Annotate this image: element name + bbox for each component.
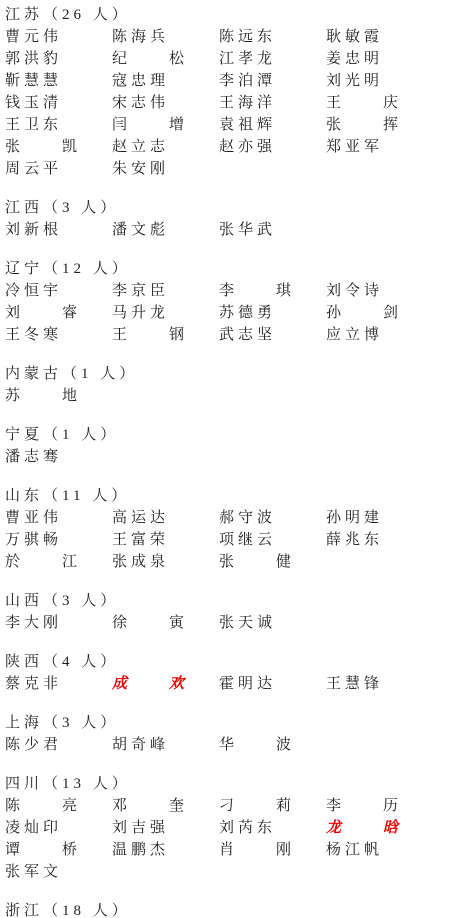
name-row: 靳慧慧寇忠理李泊潭刘光明 bbox=[5, 70, 460, 92]
person-name: 郭洪豹 bbox=[5, 48, 112, 70]
person-name: 郝守波 bbox=[219, 507, 326, 529]
province-section: 山东（11 人）曹亚伟高运达郝守波孙明建万骐畅王富荣项继云薛兆东於 江张成泉张 … bbox=[5, 485, 460, 573]
person-name: 孙明建 bbox=[326, 507, 433, 529]
person-name: 刘 睿 bbox=[5, 302, 112, 324]
name-row: 王冬寒王 钢武志坚应立博 bbox=[5, 324, 460, 346]
person-name: 潘志骞 bbox=[5, 446, 112, 468]
person-name: 张 凯 bbox=[5, 136, 112, 158]
person-name: 朱安刚 bbox=[112, 158, 219, 180]
person-name: 薛兆东 bbox=[326, 529, 433, 551]
person-name: 高运达 bbox=[112, 507, 219, 529]
person-name: 张 挥 bbox=[326, 114, 433, 136]
province-section: 浙江（18 人） bbox=[5, 900, 460, 918]
province-section: 江西（3 人）刘新根潘文彪张华武 bbox=[5, 197, 460, 241]
person-name: 刘光明 bbox=[326, 70, 433, 92]
province-header: 江苏（26 人） bbox=[5, 4, 460, 26]
person-name: 钱玉清 bbox=[5, 92, 112, 114]
person-name: 宋志伟 bbox=[112, 92, 219, 114]
person-name: 项继云 bbox=[219, 529, 326, 551]
person-name: 李京臣 bbox=[112, 280, 219, 302]
person-name: 於 江 bbox=[5, 551, 112, 573]
person-name: 江孝龙 bbox=[219, 48, 326, 70]
province-section: 陕西（4 人）蔡克非成 欢霍明达王慧锋 bbox=[5, 651, 460, 695]
person-name: 王冬寒 bbox=[5, 324, 112, 346]
person-name: 李 历 bbox=[326, 795, 433, 817]
person-name: 徐 寅 bbox=[112, 612, 219, 634]
province-section: 上海（3 人）陈少君胡奇峰华 波 bbox=[5, 712, 460, 756]
province-header: 山西（3 人） bbox=[5, 590, 460, 612]
person-name: 孙 剑 bbox=[326, 302, 433, 324]
province-section: 辽宁（12 人）冷恒宇李京臣李 琪刘令诗刘 睿马升龙苏德勇孙 剑王冬寒王 钢武志… bbox=[5, 258, 460, 346]
province-header: 江西（3 人） bbox=[5, 197, 460, 219]
person-name: 王卫东 bbox=[5, 114, 112, 136]
name-row: 李大刚徐 寅张天诚 bbox=[5, 612, 460, 634]
person-name: 应立博 bbox=[326, 324, 433, 346]
person-name: 刘吉强 bbox=[112, 817, 219, 839]
person-name: 陈海兵 bbox=[112, 26, 219, 48]
province-header: 山东（11 人） bbox=[5, 485, 460, 507]
province-header: 四川（13 人） bbox=[5, 773, 460, 795]
person-name: 闫 增 bbox=[112, 114, 219, 136]
province-section: 宁夏（1 人）潘志骞 bbox=[5, 424, 460, 468]
person-name: 王 庆 bbox=[326, 92, 433, 114]
person-name: 郑亚军 bbox=[326, 136, 433, 158]
name-row: 苏 地 bbox=[5, 385, 460, 407]
person-name: 杨江帆 bbox=[326, 839, 433, 861]
province-header: 陕西（4 人） bbox=[5, 651, 460, 673]
name-row: 王卫东闫 增袁祖辉张 挥 bbox=[5, 114, 460, 136]
name-row: 曹元伟陈海兵陈远东耿敏霞 bbox=[5, 26, 460, 48]
person-name: 冷恒宇 bbox=[5, 280, 112, 302]
person-name: 李大刚 bbox=[5, 612, 112, 634]
person-name: 霍明达 bbox=[219, 673, 326, 695]
name-row: 曹亚伟高运达郝守波孙明建 bbox=[5, 507, 460, 529]
province-header: 内蒙古（1 人） bbox=[5, 363, 460, 385]
person-name: 刘芮东 bbox=[219, 817, 326, 839]
name-row: 周云平朱安刚 bbox=[5, 158, 460, 180]
person-name: 成 欢 bbox=[112, 673, 219, 695]
person-name: 马升龙 bbox=[112, 302, 219, 324]
province-header: 辽宁（12 人） bbox=[5, 258, 460, 280]
person-name: 刘令诗 bbox=[326, 280, 433, 302]
person-name: 靳慧慧 bbox=[5, 70, 112, 92]
person-name: 凌灿印 bbox=[5, 817, 112, 839]
name-roster-document: 江苏（26 人）曹元伟陈海兵陈远东耿敏霞郭洪豹纪 松江孝龙姜忠明靳慧慧寇忠理李泊… bbox=[0, 0, 460, 918]
person-name: 肖 刚 bbox=[219, 839, 326, 861]
name-row: 蔡克非成 欢霍明达王慧锋 bbox=[5, 673, 460, 695]
province-header: 上海（3 人） bbox=[5, 712, 460, 734]
person-name: 潘文彪 bbox=[112, 219, 219, 241]
name-row: 凌灿印刘吉强刘芮东龙 晗 bbox=[5, 817, 460, 839]
person-name: 温鹏杰 bbox=[112, 839, 219, 861]
person-name: 苏德勇 bbox=[219, 302, 326, 324]
person-name: 张华武 bbox=[219, 219, 326, 241]
name-row: 钱玉清宋志伟王海洋王 庆 bbox=[5, 92, 460, 114]
person-name: 王富荣 bbox=[112, 529, 219, 551]
person-name: 张天诚 bbox=[219, 612, 326, 634]
person-name: 周云平 bbox=[5, 158, 112, 180]
name-row: 张军文 bbox=[5, 861, 460, 883]
name-row: 陈 亮邓 奎刁 莉李 历 bbox=[5, 795, 460, 817]
person-name: 寇忠理 bbox=[112, 70, 219, 92]
person-name: 刁 莉 bbox=[219, 795, 326, 817]
person-name: 陈远东 bbox=[219, 26, 326, 48]
person-name: 邓 奎 bbox=[112, 795, 219, 817]
province-header: 宁夏（1 人） bbox=[5, 424, 460, 446]
name-row: 郭洪豹纪 松江孝龙姜忠明 bbox=[5, 48, 460, 70]
person-name: 张成泉 bbox=[112, 551, 219, 573]
person-name: 王慧锋 bbox=[326, 673, 433, 695]
name-row: 万骐畅王富荣项继云薛兆东 bbox=[5, 529, 460, 551]
province-section: 内蒙古（1 人）苏 地 bbox=[5, 363, 460, 407]
person-name: 陈 亮 bbox=[5, 795, 112, 817]
name-row: 刘 睿马升龙苏德勇孙 剑 bbox=[5, 302, 460, 324]
person-name: 华 波 bbox=[219, 734, 326, 756]
person-name: 王海洋 bbox=[219, 92, 326, 114]
person-name: 胡奇峰 bbox=[112, 734, 219, 756]
person-name: 李泊潭 bbox=[219, 70, 326, 92]
person-name: 李 琪 bbox=[219, 280, 326, 302]
person-name: 赵亦强 bbox=[219, 136, 326, 158]
person-name: 苏 地 bbox=[5, 385, 112, 407]
person-name: 袁祖辉 bbox=[219, 114, 326, 136]
name-row: 谭 桥温鹏杰肖 刚杨江帆 bbox=[5, 839, 460, 861]
name-row: 冷恒宇李京臣李 琪刘令诗 bbox=[5, 280, 460, 302]
name-row: 潘志骞 bbox=[5, 446, 460, 468]
province-section: 江苏（26 人）曹元伟陈海兵陈远东耿敏霞郭洪豹纪 松江孝龙姜忠明靳慧慧寇忠理李泊… bbox=[5, 4, 460, 180]
person-name: 赵立志 bbox=[112, 136, 219, 158]
name-row: 刘新根潘文彪张华武 bbox=[5, 219, 460, 241]
person-name: 谭 桥 bbox=[5, 839, 112, 861]
person-name: 耿敏霞 bbox=[326, 26, 433, 48]
person-name: 纪 松 bbox=[112, 48, 219, 70]
person-name: 曹亚伟 bbox=[5, 507, 112, 529]
province-header: 浙江（18 人） bbox=[5, 900, 460, 918]
province-section: 山西（3 人）李大刚徐 寅张天诚 bbox=[5, 590, 460, 634]
province-section: 四川（13 人）陈 亮邓 奎刁 莉李 历凌灿印刘吉强刘芮东龙 晗谭 桥温鹏杰肖 … bbox=[5, 773, 460, 883]
person-name: 万骐畅 bbox=[5, 529, 112, 551]
person-name: 姜忠明 bbox=[326, 48, 433, 70]
person-name: 张 健 bbox=[219, 551, 326, 573]
person-name: 武志坚 bbox=[219, 324, 326, 346]
person-name: 刘新根 bbox=[5, 219, 112, 241]
name-row: 陈少君胡奇峰华 波 bbox=[5, 734, 460, 756]
name-row: 张 凯赵立志赵亦强郑亚军 bbox=[5, 136, 460, 158]
name-row: 於 江张成泉张 健 bbox=[5, 551, 460, 573]
person-name: 蔡克非 bbox=[5, 673, 112, 695]
person-name: 陈少君 bbox=[5, 734, 112, 756]
person-name: 王 钢 bbox=[112, 324, 219, 346]
person-name: 张军文 bbox=[5, 861, 112, 883]
person-name: 龙 晗 bbox=[326, 817, 433, 839]
person-name: 曹元伟 bbox=[5, 26, 112, 48]
